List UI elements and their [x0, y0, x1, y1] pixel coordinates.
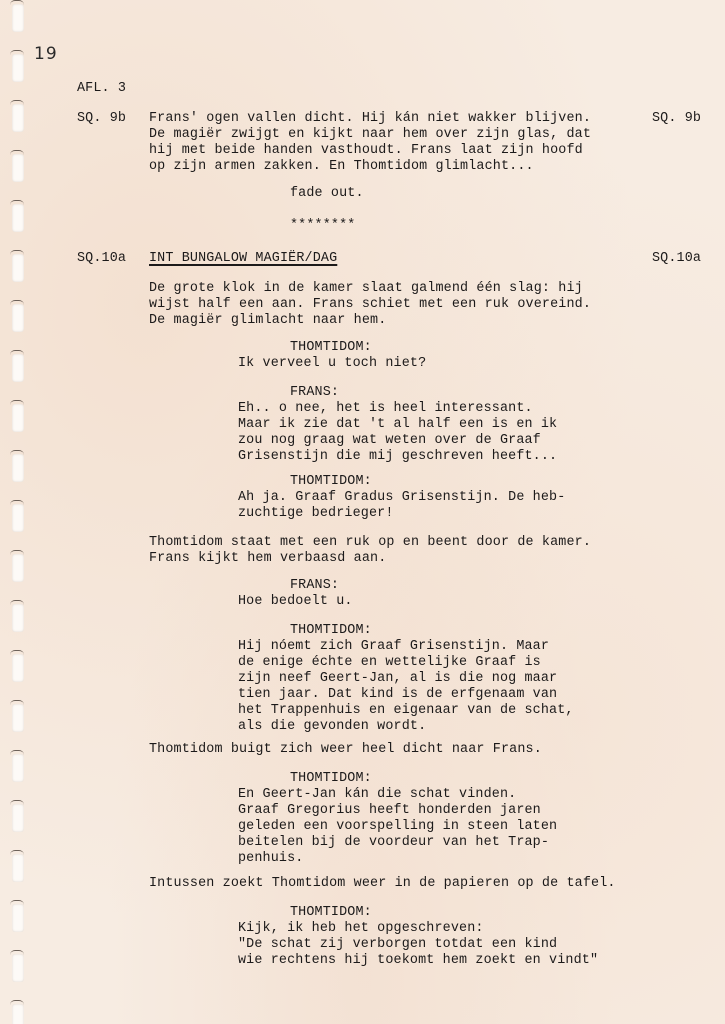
binding-hole	[12, 604, 24, 632]
binding-hole	[12, 1004, 24, 1024]
action-line: Thomtidom buigt zich weer heel dicht naa…	[149, 742, 542, 758]
binding-hole	[12, 754, 24, 782]
binding-hole	[12, 304, 24, 332]
episode-label: AFL. 3	[77, 81, 126, 97]
dialogue-line: Kijk, ik heb het opgeschreven:	[238, 921, 484, 937]
character-name: THOMTIDOM:	[290, 474, 372, 490]
dialogue-line: "De schat zij verborgen totdat een kind	[238, 937, 557, 953]
action-line: op zijn armen zakken. En Thomtidom gliml…	[149, 159, 534, 175]
binding-hole	[12, 504, 24, 532]
action-line: Intussen zoekt Thomtidom weer in de papi…	[149, 876, 616, 892]
binding-hole	[12, 54, 24, 82]
scene-separator: ********	[290, 218, 356, 234]
action-line: Frans' ogen vallen dicht. Hij kán niet w…	[149, 111, 591, 127]
dialogue-line: Grisenstijn die mij geschreven heeft...	[238, 449, 557, 465]
binding-hole	[12, 854, 24, 882]
dialogue-line: zou nog graag wat weten over de Graaf	[238, 433, 541, 449]
binding-hole	[12, 404, 24, 432]
scene-label-right: SQ.10a	[652, 251, 701, 267]
scene-heading: INT BUNGALOW MAGIËR/DAG	[149, 251, 337, 267]
dialogue-line: zuchtige bedrieger!	[238, 506, 394, 522]
dialogue-line: Hij nóemt zich Graaf Grisenstijn. Maar	[238, 639, 549, 655]
character-name: FRANS:	[290, 578, 339, 594]
action-line: De magiër zwijgt en kijkt naar hem over …	[149, 127, 591, 143]
dialogue-line: Ik verveel u toch niet?	[238, 356, 426, 372]
character-name: THOMTIDOM:	[290, 905, 372, 921]
dialogue-line: Graaf Gregorius heeft honderden jaren	[238, 803, 541, 819]
dialogue-line: wie rechtens hij toekomt hem zoekt en vi…	[238, 953, 598, 969]
scene-label-left: SQ.10a	[77, 251, 126, 267]
character-name: THOMTIDOM:	[290, 771, 372, 787]
dialogue-line: Eh.. o nee, het is heel interessant.	[238, 401, 533, 417]
script-page: 19 AFL. 3 SQ. 9b SQ. 9b Frans' ogen vall…	[0, 0, 725, 1024]
binding-hole	[12, 254, 24, 282]
character-name: FRANS:	[290, 385, 339, 401]
action-line: wijst half een aan. Frans schiet met een…	[149, 297, 591, 313]
page-number: 19	[34, 44, 58, 64]
binding-hole	[12, 704, 24, 732]
dialogue-line: geleden een voorspelling in steen laten	[238, 819, 557, 835]
dialogue-line: de enige échte en wettelijke Graaf is	[238, 655, 541, 671]
scene-label-right: SQ. 9b	[652, 111, 701, 127]
scene-label-left: SQ. 9b	[77, 111, 126, 127]
binding-hole	[12, 204, 24, 232]
binding-hole	[12, 154, 24, 182]
action-line: Frans kijkt hem verbaasd aan.	[149, 551, 386, 567]
action-line: De magiër glimlacht naar hem.	[149, 313, 386, 329]
dialogue-line: Maar ik zie dat 't al half een is en ik	[238, 417, 557, 433]
action-line: De grote klok in de kamer slaat galmend …	[149, 281, 583, 297]
dialogue-line: beitelen bij de voordeur van het Trap-	[238, 835, 549, 851]
binding-hole	[12, 804, 24, 832]
transition: fade out.	[290, 186, 364, 202]
binding-hole	[12, 554, 24, 582]
binding-hole	[12, 654, 24, 682]
binding-hole	[12, 454, 24, 482]
dialogue-line: Hoe bedoelt u.	[238, 594, 353, 610]
action-line: hij met beide handen vasthoudt. Frans la…	[149, 143, 583, 159]
character-name: THOMTIDOM:	[290, 340, 372, 356]
binding-hole	[12, 954, 24, 982]
binding-hole	[12, 104, 24, 132]
dialogue-line: Ah ja. Graaf Gradus Grisenstijn. De heb-	[238, 490, 565, 506]
character-name: THOMTIDOM:	[290, 623, 372, 639]
dialogue-line: penhuis.	[238, 851, 304, 867]
dialogue-line: En Geert-Jan kán die schat vinden.	[238, 787, 516, 803]
dialogue-line: tien jaar. Dat kind is de erfgenaam van	[238, 687, 557, 703]
dialogue-line: het Trappenhuis en eigenaar van de schat…	[238, 703, 574, 719]
dialogue-line: als die gevonden wordt.	[238, 719, 426, 735]
binding-hole	[12, 354, 24, 382]
binding-hole	[12, 904, 24, 932]
dialogue-line: zijn neef Geert-Jan, al is die nog maar	[238, 671, 557, 687]
action-line: Thomtidom staat met een ruk op en beent …	[149, 535, 591, 551]
binding-hole	[12, 4, 24, 32]
